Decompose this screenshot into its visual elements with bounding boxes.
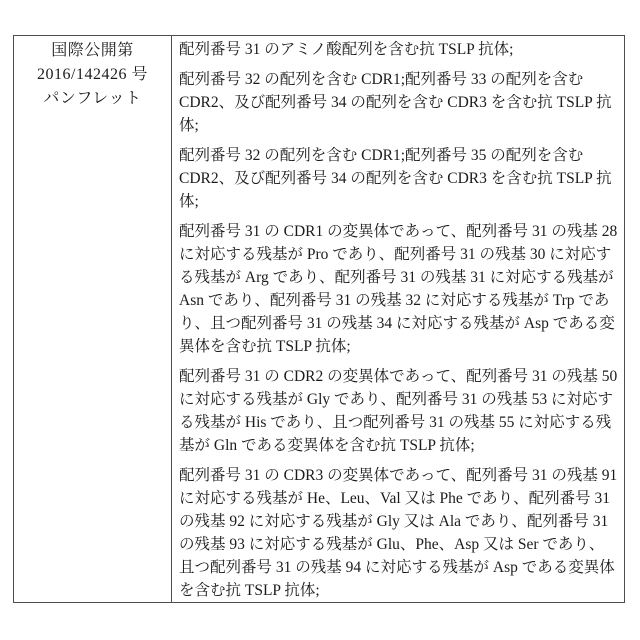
- patent-citation-table: 国際公開第 2016/142426 号 パンフレット 配列番号 31 のアミノ酸…: [13, 35, 625, 603]
- publication-line-3: パンフレット: [14, 87, 171, 111]
- claim-paragraph-1: 配列番号 31 のアミノ酸配列を含む抗 TSLP 抗体;: [179, 38, 619, 61]
- publication-reference-cell: 国際公開第 2016/142426 号 パンフレット: [14, 36, 172, 602]
- claim-paragraph-6: 配列番号 31 の CDR3 の変異体であって、配列番号 31 の残基 91 に…: [179, 464, 619, 602]
- claim-paragraph-3: 配列番号 32 の配列を含む CDR1;配列番号 35 の配列を含む CDR2、…: [179, 144, 619, 213]
- claim-paragraph-5: 配列番号 31 の CDR2 の変異体であって、配列番号 31 の残基 50 に…: [179, 365, 619, 457]
- claim-paragraph-4: 配列番号 31 の CDR1 の変異体であって、配列番号 31 の残基 28 に…: [179, 220, 619, 358]
- claim-paragraph-2: 配列番号 32 の配列を含む CDR1;配列番号 33 の配列を含む CDR2、…: [179, 68, 619, 137]
- antibody-claims-cell: 配列番号 31 のアミノ酸配列を含む抗 TSLP 抗体; 配列番号 32 の配列…: [172, 36, 624, 602]
- publication-line-2: 2016/142426 号: [14, 63, 171, 87]
- publication-line-1: 国際公開第: [14, 39, 171, 63]
